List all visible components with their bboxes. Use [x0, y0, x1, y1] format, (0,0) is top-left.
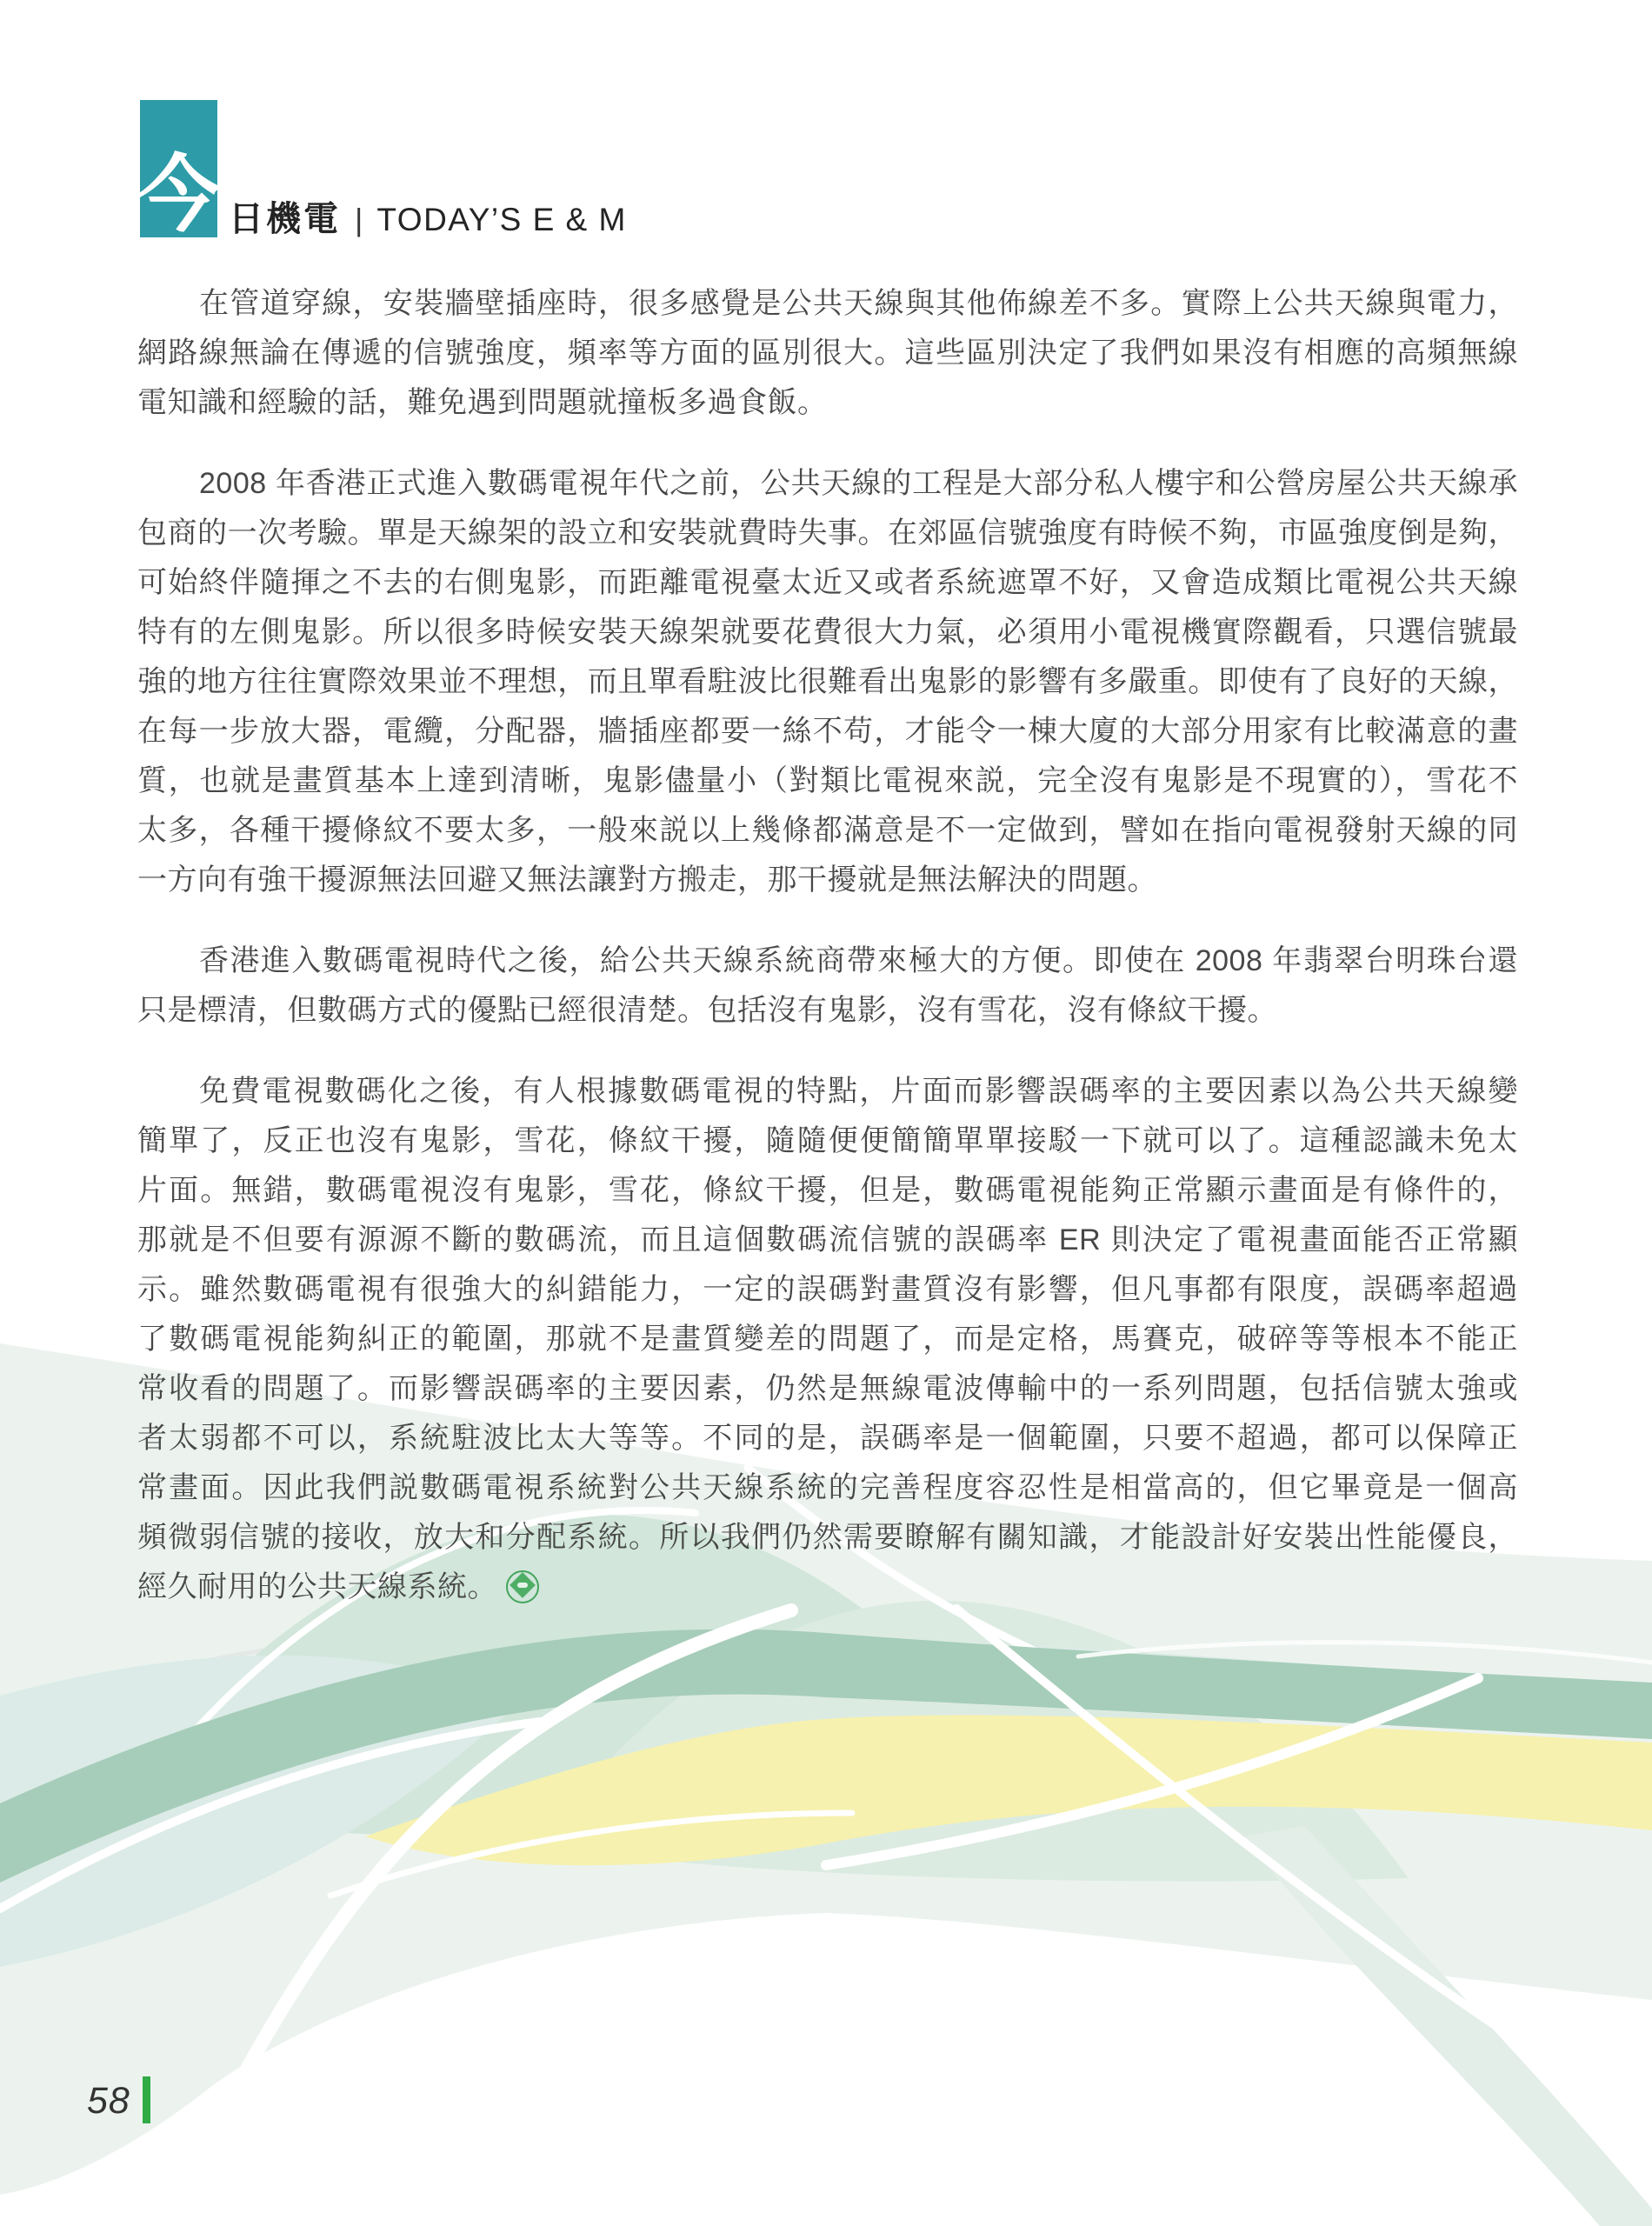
masthead-title: 日機電 | TODAY’S E & M — [229, 191, 627, 241]
magazine-logo: 今 — [140, 100, 217, 237]
text-line: 頻微弱信號的接收，放大和分配系統。所以我們仍然需要瞭解有關知識，才能設計好安裝出… — [137, 1513, 1518, 1563]
page-number: 58 — [87, 2080, 130, 2123]
magazine-name-cjk: 日機電 — [229, 191, 341, 241]
text-line: 包商的一次考驗。單是天線架的設立和安裝就費時失事。在郊區信號強度有時候不夠，市區… — [137, 509, 1518, 558]
text-line: 了數碼電視能夠糾正的範圍，那就不是畫質變差的問題了，而是定格，馬賽克，破碎等等根… — [137, 1315, 1518, 1364]
magazine-name-en: TODAY’S E & M — [376, 202, 626, 238]
text-line: 示。雖然數碼電視有很強大的糾錯能力，一定的誤碼對畫質沒有影響，但凡事都有限度，誤… — [137, 1265, 1518, 1315]
paragraph: 免費電視數碼化之後，有人根據數碼電視的特點，片面而影響誤碼率的主要因素以為公共天… — [137, 1067, 1518, 1612]
text-line: 在每一步放大器，電纜，分配器，牆插座都要一絲不苟，才能令一棟大廈的大部分用家有比… — [137, 707, 1518, 756]
text-line: 香港進入數碼電視時代之後，給公共天線系統商帶來極大的方便。即使在 2008 年翡… — [137, 936, 1518, 986]
text-line: 網路線無論在傳遞的信號強度，頻率等方面的區別很大。這些區別決定了我們如果沒有相應… — [137, 329, 1518, 378]
text-line: 可始終伴隨揮之不去的右側鬼影，而距離電視臺太近又或者系統遮罩不好，又會造成類比電… — [137, 558, 1518, 608]
text-line: 特有的左側鬼影。所以很多時候安裝天線架就要花費很大力氣，必須用小電視機實際觀看，… — [137, 608, 1518, 657]
text-line: 太多，各種干擾條紋不要太多，一般來説以上幾條都滿意是不一定做到，譬如在指向電視發… — [137, 806, 1518, 856]
text-line: 只是標清，但數碼方式的優點已經很清楚。包括沒有鬼影，沒有雪花，沒有條紋干擾。 — [137, 986, 1518, 1036]
logo-character: 今 — [137, 154, 221, 237]
paragraph: 在管道穿線，安裝牆壁插座時，很多感覺是公共天線與其他佈線差不多。實際上公共天線與… — [137, 279, 1518, 428]
text-line: 免費電視數碼化之後，有人根據數碼電視的特點，片面而影響誤碼率的主要因素以為公共天… — [137, 1067, 1518, 1116]
text-line: 常畫面。因此我們説數碼電視系統對公共天線系統的完善程度容忍性是相當高的，但它畢竟… — [137, 1463, 1518, 1513]
text-line: 那就是不但要有源源不斷的數碼流，而且這個數碼流信號的誤碼率 ER 則決定了電視畫… — [137, 1216, 1518, 1265]
page-number-accent-bar — [143, 2076, 150, 2123]
paragraph: 2008 年香港正式進入數碼電視年代之前，公共天線的工程是大部分私人樓宇和公營房… — [137, 459, 1518, 905]
article-body: 在管道穿線，安裝牆壁插座時，很多感覺是公共天線與其他佈線差不多。實際上公共天線與… — [137, 279, 1518, 1612]
text-line: 電知識和經驗的話，難免遇到問題就撞板多過食飯。 — [137, 378, 1518, 428]
text-line: 常收看的問題了。而影響誤碼率的主要因素，仍然是無線電波傳輸中的一系列問題，包括信… — [137, 1364, 1518, 1414]
masthead-separator: | — [355, 202, 363, 238]
text-line: 經久耐用的公共天線系統。 — [137, 1570, 497, 1603]
text-line: 2008 年香港正式進入數碼電視年代之前，公共天線的工程是大部分私人樓宇和公營房… — [137, 459, 1518, 509]
paragraph: 香港進入數碼電視時代之後，給公共天線系統商帶來極大的方便。即使在 2008 年翡… — [137, 936, 1518, 1036]
text-line: 簡單了，反正也沒有鬼影，雪花，條紋干擾，隨隨便便簡簡單單接駁一下就可以了。這種認… — [137, 1116, 1518, 1166]
text-line: 強的地方往往實際效果並不理想，而且單看駐波比很難看出鬼影的影響有多嚴重。即使有了… — [137, 657, 1518, 707]
text-line: 經久耐用的公共天線系統。 — [137, 1563, 1518, 1612]
text-line: 質，也就是畫質基本上達到清晰，鬼影儘量小（對類比電視來説，完全沒有鬼影是不現實的… — [137, 756, 1518, 806]
magazine-emblem-icon — [506, 1570, 539, 1603]
text-line: 一方向有強干擾源無法回避又無法讓對方搬走，那干擾就是無法解決的問題。 — [137, 856, 1518, 905]
text-line: 在管道穿線，安裝牆壁插座時，很多感覺是公共天線與其他佈線差不多。實際上公共天線與… — [137, 279, 1518, 329]
text-line: 片面。無錯，數碼電視沒有鬼影，雪花，條紋干擾，但是，數碼電視能夠正常顯示畫面是有… — [137, 1166, 1518, 1216]
text-line: 者太弱都不可以，系統駐波比太大等等。不同的是，誤碼率是一個範圍，只要不超過，都可… — [137, 1414, 1518, 1463]
